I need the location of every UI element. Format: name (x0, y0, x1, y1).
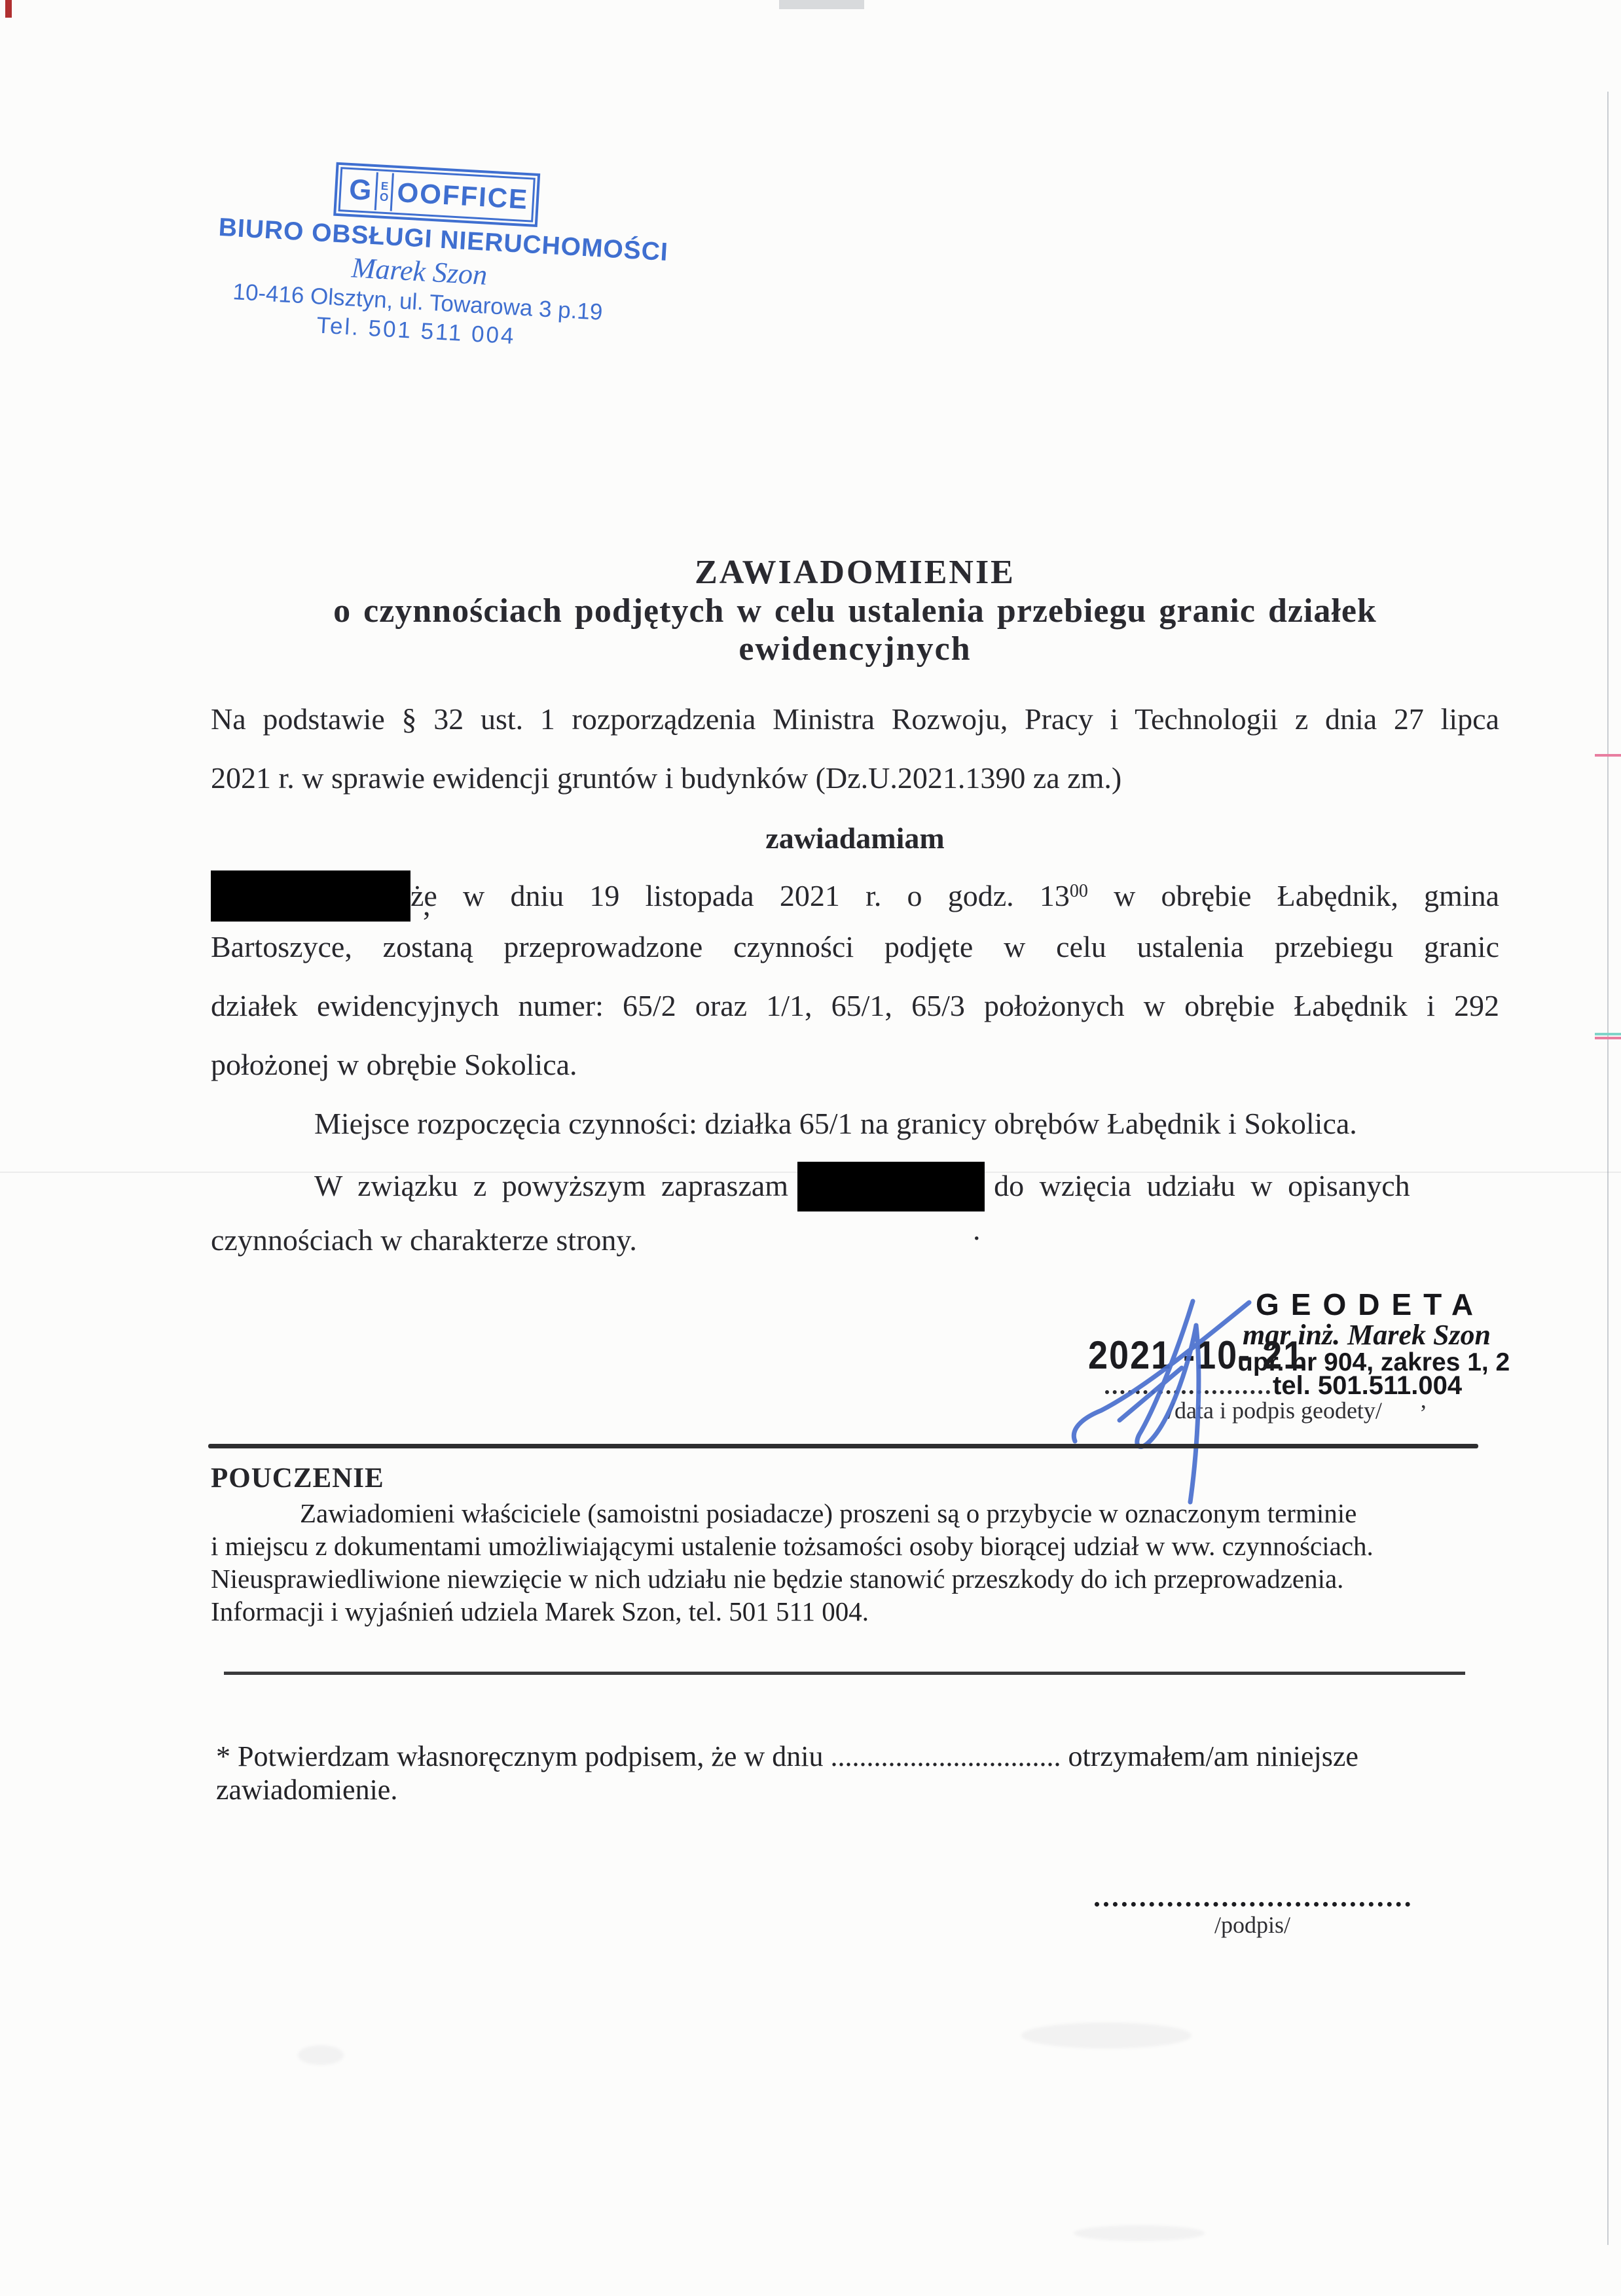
podpis-caption: /podpis/ (1095, 1911, 1410, 1939)
pouczenie-line-1: Zawiadomieni właściciele (samoistni posi… (300, 1498, 1357, 1529)
body-line-2: Bartoszyce, zostaną przeprowadzone czynn… (211, 929, 1499, 964)
pouczenie-line-4: Informacji i wyjaśnień udziela Marek Szo… (211, 1596, 869, 1627)
body-line-5: Miejsce rozpoczęcia czynności: działka 6… (211, 1106, 1603, 1141)
scan-artifact-pink-tick (1595, 754, 1621, 757)
office-stamp: G E O OOFFICE BIURO OBSŁUGI NIERUCHOMOŚC… (213, 156, 628, 355)
redaction-box-1 (211, 870, 410, 922)
scan-artifact-pink-tick-2 (1595, 1037, 1621, 1039)
scan-artifact-smudge-2 (1021, 2022, 1192, 2049)
body-line-6: W związku z powyższym zapraszamdo wzięci… (211, 1158, 1603, 1213)
body-line-3: działek ewidencyjnych numer: 65/2 oraz 1… (211, 988, 1499, 1023)
title-line-2: o czynnościach podjętych w celu ustaleni… (211, 592, 1499, 630)
confirmation-line: * Potwierdzam własnoręcznym podpisem, że… (216, 1740, 1501, 1806)
scan-artifact-teal-tick (1595, 1033, 1621, 1035)
title-line-3: ewidencyjnych (211, 630, 1499, 668)
apostrophe-mark: ʼ (1419, 1399, 1427, 1427)
logo-office-text: OOFFICE (392, 173, 530, 219)
document-page: G E O OOFFICE BIURO OBSŁUGI NIERUCHOMOŚC… (0, 0, 1621, 2296)
confirmation-dots: ................................ (830, 1740, 1061, 1772)
pouczenie-line-3: Nieusprawiedliwione niewzięcie w nich ud… (211, 1563, 1343, 1594)
stray-dot: . (973, 1212, 981, 1247)
comma-after-redaction: , (423, 888, 431, 922)
redaction-box-2 (797, 1162, 985, 1211)
scan-artifact-page-edge-line (1607, 92, 1609, 2245)
body-line-7: czynnościach w charakterze strony. (211, 1223, 1499, 1257)
podpis-dotted-line (1095, 1880, 1410, 1907)
body-line-1-text-end: w obrębie Łabędnik, gmina (1088, 879, 1499, 912)
body-line-1-text: że w dniu 19 listopada 2021 r. o godz. 1… (410, 879, 1070, 912)
scan-artifact-top-smudge (779, 0, 864, 9)
body-line-4: położonej w obrębie Sokolica. (211, 1047, 1499, 1082)
scan-artifact-smudge-3 (1074, 2225, 1205, 2241)
handwritten-signature (1041, 1270, 1329, 1532)
scan-artifact-smudge-1 (298, 2045, 344, 2065)
zawiadamiam-heading: zawiadamiam (211, 821, 1499, 855)
hour-superscript: 00 (1070, 881, 1088, 901)
logo-letter-g: G (344, 171, 378, 211)
pouczenie-heading: POUCZENIE (211, 1462, 384, 1494)
scan-artifact-red-mark (5, 0, 12, 18)
intro-line-1: Na podstawie § 32 ust. 1 rozporządzenia … (211, 702, 1499, 736)
pouczenie-line-2: i miejscu z dokumentami umożliwiającymi … (211, 1530, 1374, 1562)
confirmation-text-pre: * Potwierdzam własnoręcznym podpisem, że… (216, 1740, 830, 1772)
logo-letters-eo: E O (376, 172, 394, 211)
horizontal-rule-2 (224, 1672, 1465, 1675)
horizontal-rule-1 (208, 1444, 1478, 1448)
office-stamp-logo: G E O OOFFICE (333, 162, 540, 227)
logo-letter-o: O (380, 192, 389, 204)
body-line-6-text: W związku z powyższym zapraszam (314, 1169, 788, 1202)
intro-line-2: 2021 r. w sprawie ewidencji gruntów i bu… (211, 761, 1499, 795)
body-line-1: że w dniu 19 listopada 2021 r. o godz. 1… (211, 865, 1499, 922)
title-line-1: ZAWIADOMIENIE (211, 553, 1499, 592)
logo-letter-e: E (380, 181, 389, 192)
body-line-6-text-end: do wzięcia udziału w opisanych (994, 1169, 1410, 1202)
